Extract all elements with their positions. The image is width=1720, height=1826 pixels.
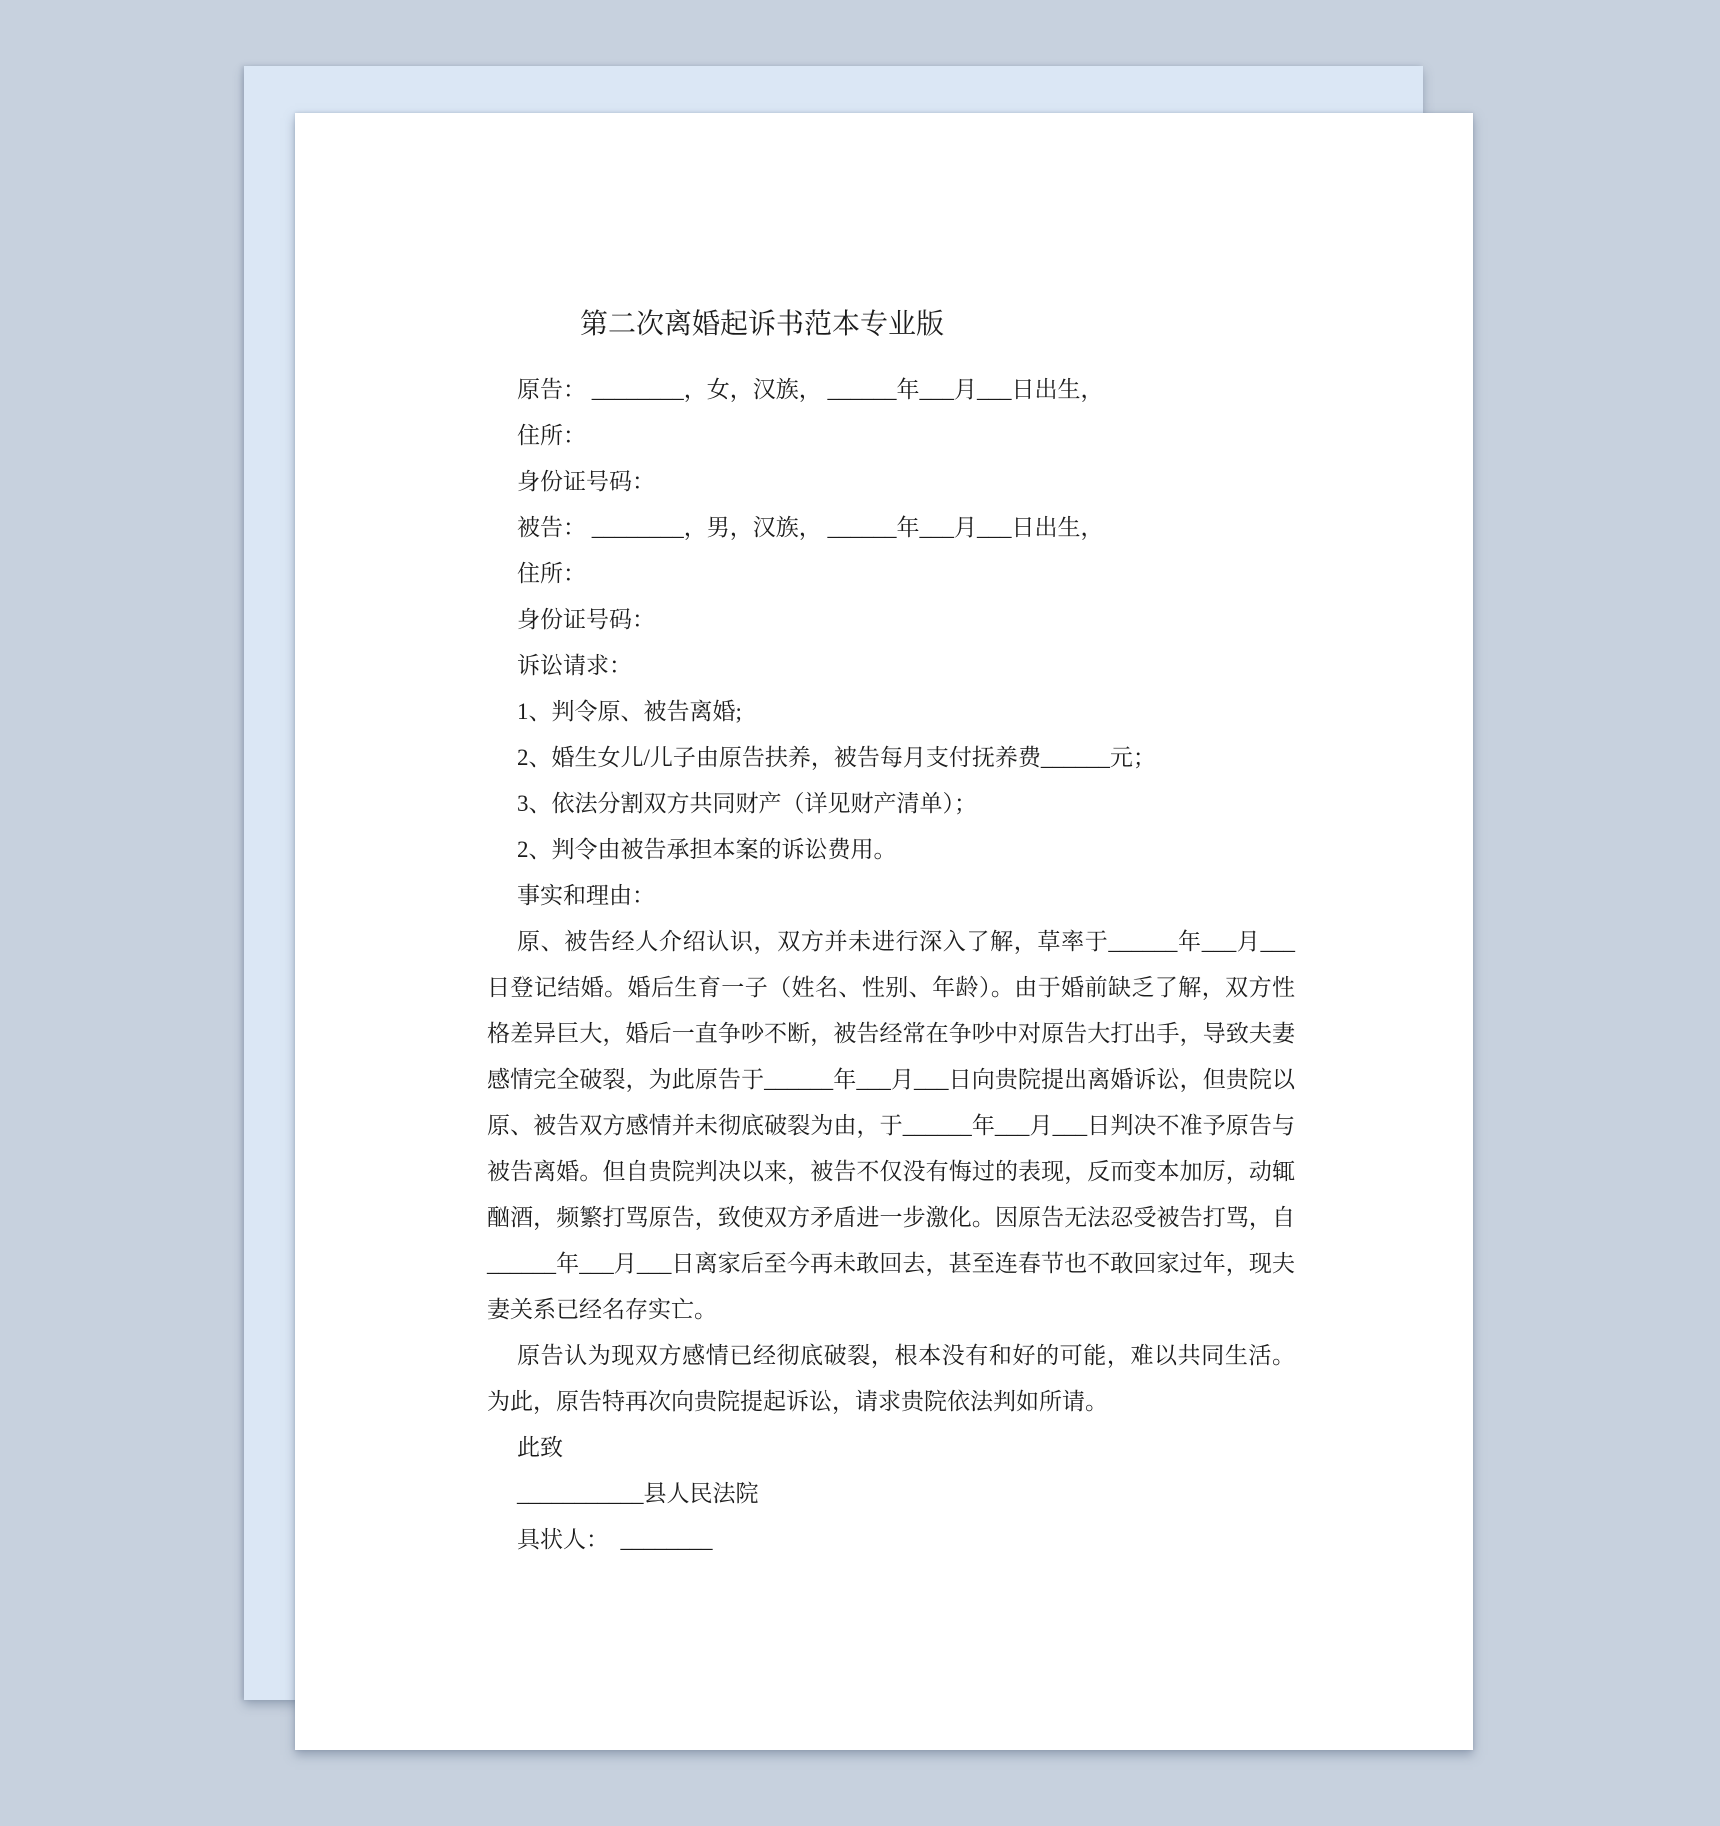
document-line: 身份证号码： [487, 597, 1295, 643]
document-paragraph: 原告认为现双方感情已经彻底破裂，根本没有和好的可能，难以共同生活。为此，原告特再… [487, 1333, 1295, 1425]
document-line: 被告： ________，男，汉族， ______年___月___日出生， [487, 505, 1295, 551]
document-line: 住所： [487, 413, 1295, 459]
document-line: 诉讼请求： [487, 643, 1295, 689]
document-line: 1、判令原、被告离婚; [487, 689, 1295, 735]
document-title: 第二次离婚起诉书范本专业版 [580, 305, 1295, 345]
document-line: 原告： ________，女，汉族， ______年___月___日出生， [487, 367, 1295, 413]
document-content: 第二次离婚起诉书范本专业版 原告： ________，女，汉族， ______年… [487, 113, 1295, 1563]
document-line: 事实和理由： [487, 873, 1295, 919]
document-line: 具状人： ________ [487, 1517, 1295, 1563]
document-paragraph: 原、被告经人介绍认识，双方并未进行深入了解，草率于______年___月___日… [487, 919, 1295, 1333]
document-line: 身份证号码： [487, 459, 1295, 505]
document-line: 2、判令由被告承担本案的诉讼费用。 [487, 827, 1295, 873]
document-page: 第二次离婚起诉书范本专业版 原告： ________，女，汉族， ______年… [295, 113, 1473, 1750]
document-line: 2、婚生女儿/儿子由原告扶养，被告每月支付抚养费______元； [487, 735, 1295, 781]
document-line: 3、依法分割双方共同财产（详见财产清单）； [487, 781, 1295, 827]
document-line: ___________县人民法院 [487, 1471, 1295, 1517]
document-line: 此致 [487, 1425, 1295, 1471]
document-line: 住所： [487, 551, 1295, 597]
document-body: 原告： ________，女，汉族， ______年___月___日出生，住所：… [487, 367, 1295, 1563]
